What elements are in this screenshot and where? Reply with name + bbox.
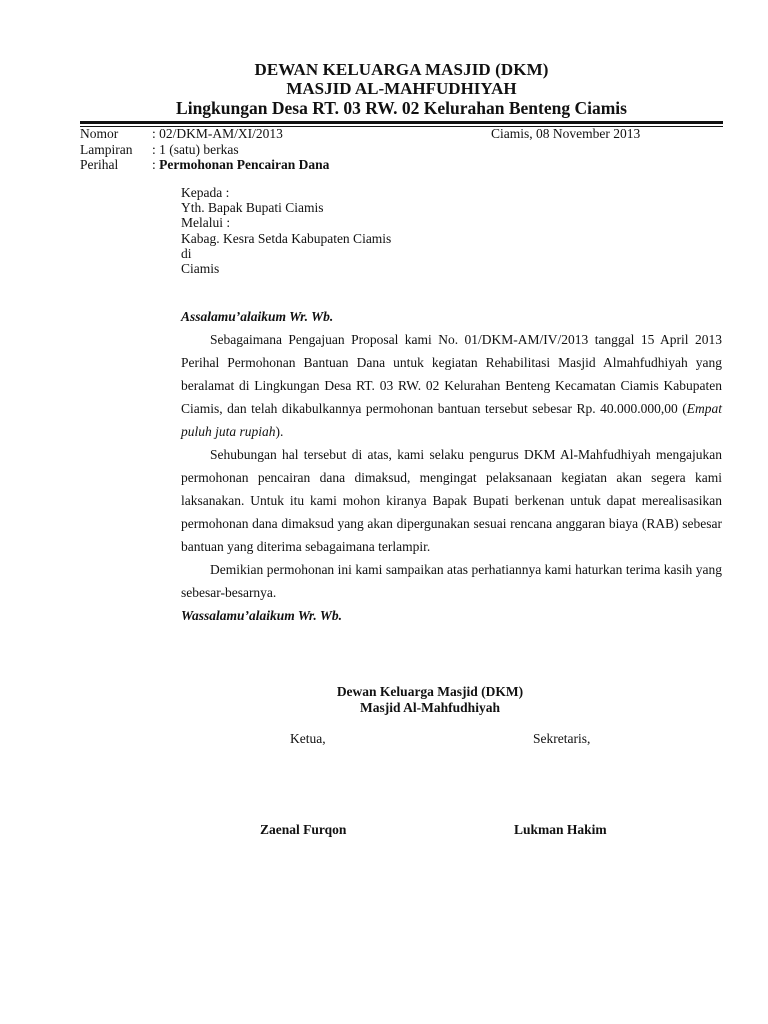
recipient-block: Kepada : Yth. Bapak Bupati Ciamis Melalu… [181,185,391,276]
letterhead-org-name: DEWAN KELUARGA MASJID (DKM) [80,60,723,79]
letter-body: Assalamu’alaikum Wr. Wb. Sebagaimana Pen… [181,305,722,627]
perihal-value-wrap: : Permohonan Pencairan Dana [152,157,329,173]
paragraph-1: Sebagaimana Pengajuan Proposal kami No. … [181,328,722,443]
signature-org-line1: Dewan Keluarga Masjid (DKM) [180,684,680,700]
recipient-line: di [181,246,391,261]
signature-role-chairman: Ketua, [290,731,326,747]
recipient-line: Yth. Bapak Bupati Ciamis [181,200,391,215]
letterhead: DEWAN KELUARGA MASJID (DKM) MASJID AL-MA… [80,60,723,119]
nomor-label: Nomor [80,126,152,142]
opening-greeting: Assalamu’alaikum Wr. Wb. [181,305,722,328]
letter-page: DEWAN KELUARGA MASJID (DKM) MASJID AL-MA… [0,0,768,1024]
perihal-value: Permohonan Pencairan Dana [159,157,329,172]
paragraph-1-text: Sebagaimana Pengajuan Proposal kami No. … [181,332,722,416]
perihal-label: Perihal [80,157,152,173]
lampiran-value: : 1 (satu) berkas [152,142,239,158]
place-date: Ciamis, 08 November 2013 [491,126,640,142]
paragraph-2: Sehubungan hal tersebut di atas, kami se… [181,443,722,558]
signature-role-secretary: Sekretaris, [533,731,590,747]
recipient-line: Kabag. Kesra Setda Kabupaten Ciamis [181,231,391,246]
signature-org-line2: Masjid Al-Mahfudhiyah [180,700,680,716]
paragraph-1-end: ). [276,424,284,439]
letterhead-mosque-name: MASJID AL-MAHFUDHIYAH [80,79,723,98]
signature-name-chairman: Zaenal Furqon [260,822,346,838]
letterhead-address: Lingkungan Desa RT. 03 RW. 02 Kelurahan … [80,98,723,119]
letterhead-rule-thick [80,121,723,124]
recipient-line: Ciamis [181,261,391,276]
signature-organization: Dewan Keluarga Masjid (DKM) Masjid Al-Ma… [180,684,680,716]
recipient-line: Kepada : [181,185,391,200]
meta-nomor: Nomor : 02/DKM-AM/XI/2013 [80,126,329,142]
paragraph-3: Demikian permohonan ini kami sampaikan a… [181,558,722,604]
letter-meta: Nomor : 02/DKM-AM/XI/2013 Lampiran : 1 (… [80,126,329,173]
closing-greeting: Wassalamu’alaikum Wr. Wb. [181,604,722,627]
nomor-value: : 02/DKM-AM/XI/2013 [152,126,283,142]
lampiran-label: Lampiran [80,142,152,158]
recipient-line: Melalui : [181,215,391,230]
meta-lampiran: Lampiran : 1 (satu) berkas [80,142,329,158]
signature-name-secretary: Lukman Hakim [514,822,607,838]
meta-perihal: Perihal : Permohonan Pencairan Dana [80,157,329,173]
